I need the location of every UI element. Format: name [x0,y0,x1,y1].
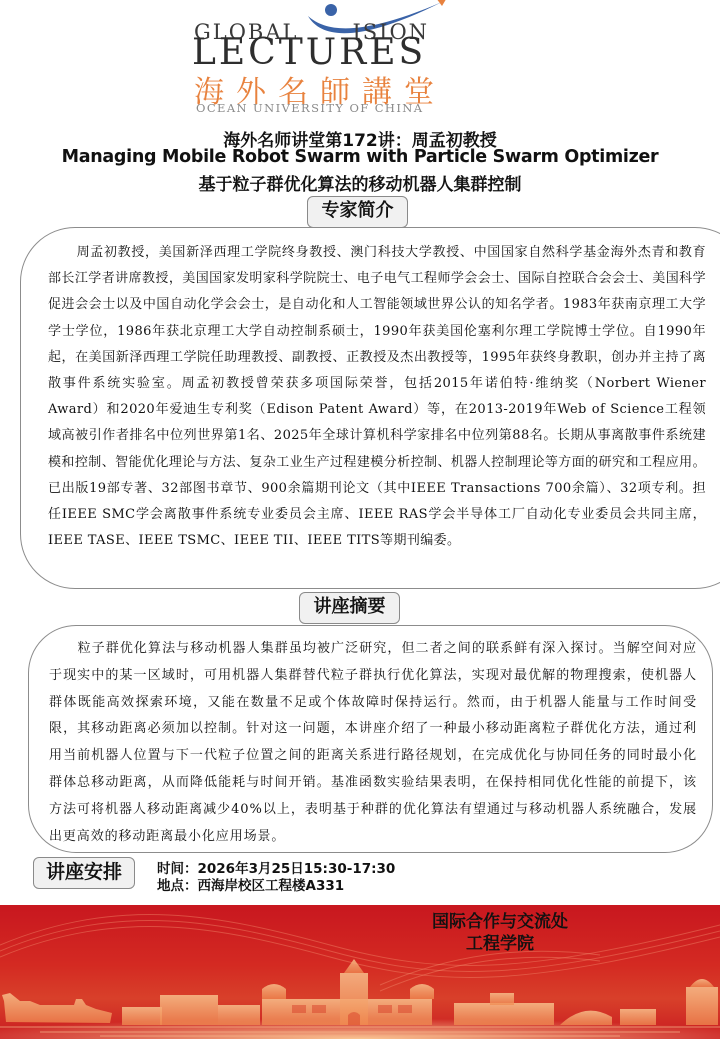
footer-banner: 国际合作与交流处 工程学院 [0,905,720,1039]
time-label: 时间： [157,861,198,877]
schedule-time: 时间：2026年3月25日15:30-17:30 [157,861,395,878]
place-label: 地点： [157,878,198,894]
organizer-engineering-college: 工程学院 [400,933,600,955]
lecture-english-title: Managing Mobile Robot Swarm with Particl… [0,147,720,167]
bio-text: 周孟初教授，美国新泽西理工学院终身教授、澳门科技大学教授、中国国家自然科学基金海… [48,240,706,554]
lecture-chinese-title: 基于粒子群优化算法的移动机器人集群控制 [0,170,720,195]
place-value: 西海岸校区工程楼A331 [198,878,345,894]
abstract-text: 粒子群优化算法与移动机器人集群虽均被广泛研究，但二者之间的联系鲜有深入探讨。当解… [49,636,697,850]
section-label-schedule: 讲座安排 [33,857,135,889]
organizer-names: 国际合作与交流处 工程学院 [400,911,600,955]
section-label-abstract: 讲座摘要 [299,592,400,624]
schedule-details: 时间：2026年3月25日15:30-17:30 地点：西海岸校区工程楼A331 [157,861,395,894]
global-vision-lectures-logo: GLOBALISION LECTURES 海外名師講堂 OCEAN UNIVER… [192,0,532,118]
schedule-place: 地点：西海岸校区工程楼A331 [157,878,395,895]
organizer-international-office: 国际合作与交流处 [400,911,600,933]
logo-university-name: OCEAN UNIVERSITY OF CHINA [196,101,423,115]
section-label-bio: 专家简介 [307,196,408,228]
campus-skyline-icon [0,905,720,1039]
logo-line-lectures: LECTURES [192,35,426,71]
time-value: 2026年3月25日15:30-17:30 [198,861,396,877]
